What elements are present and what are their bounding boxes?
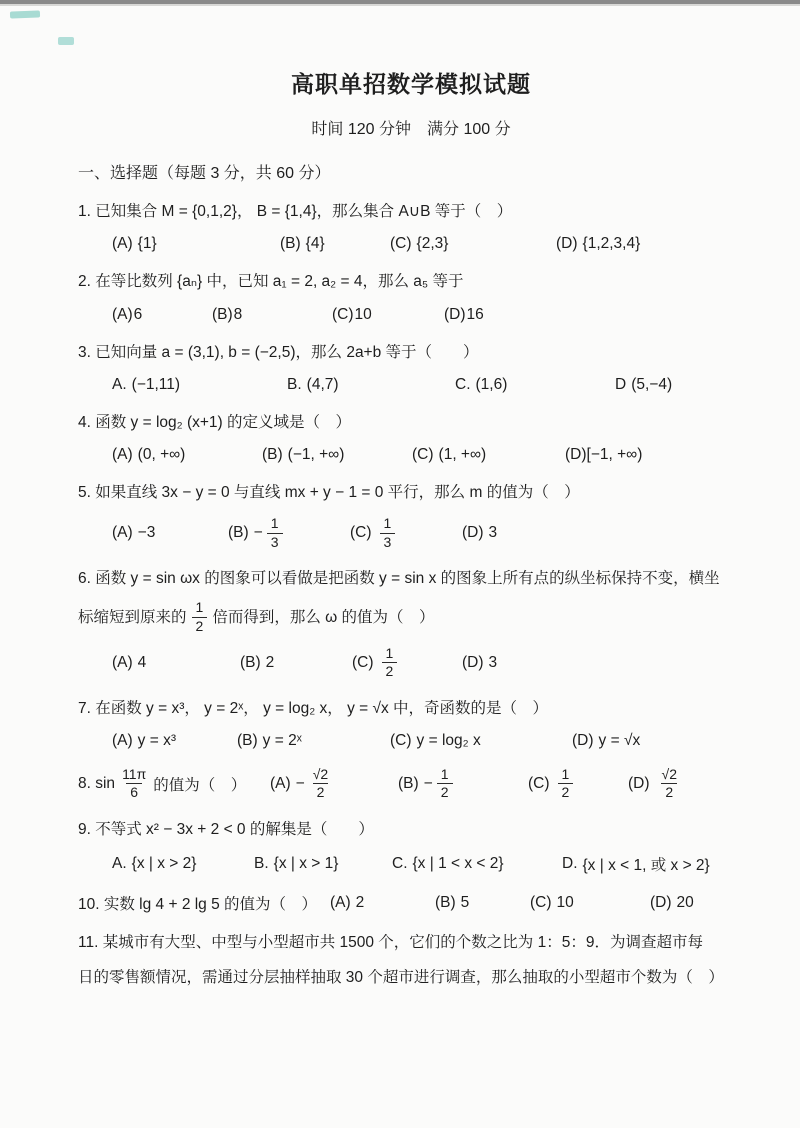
option-value: 10 — [355, 306, 372, 324]
question-6-stem-line1: 6. 函数 y = sin ωx 的图象可以看做是把函数 y = sin x 的… — [78, 567, 744, 590]
option-value: (1, +∞) — [439, 446, 487, 464]
question-3-option-c: C.(1,6) — [455, 376, 615, 394]
question-7-option-c: (C)y = log₂ x — [390, 732, 572, 750]
option-label: (D) — [572, 732, 594, 750]
question-10: 10. 实数 lg 4 + 2 lg 5 的值为（ ） (A)2 (B)5 (C… — [78, 892, 744, 914]
fraction: 13 — [380, 516, 396, 550]
question-5-option-b: (B)−13 — [228, 516, 350, 550]
option-label: (A) — [112, 732, 133, 750]
question-2-option-d: (D)16 — [444, 306, 484, 324]
question-9-stem: 9. 不等式 x² − 3x + 2 < 0 的解集是（ ） — [78, 818, 744, 841]
question-9-option-b: B.{x | x > 1} — [254, 855, 392, 873]
question-10-option-a: (A)2 — [330, 894, 435, 912]
fraction: 11π6 — [118, 767, 150, 801]
option-value: (−1, +∞) — [288, 446, 345, 464]
option-label: D — [615, 376, 626, 394]
question-3-option-b: B.(4,7) — [287, 376, 455, 394]
question-6-option-a: (A)4 — [112, 654, 240, 672]
option-value: {2,3} — [417, 235, 449, 253]
page-title: 高职单招数学模拟试题 — [78, 66, 744, 99]
option-label: (A) — [112, 235, 133, 253]
option-value: y = x³ — [138, 732, 176, 750]
question-10-option-b: (B)5 — [435, 894, 530, 912]
question-5-stem: 5. 如果直线 3x − y = 0 与直线 mx + y − 1 = 0 平行… — [78, 481, 744, 504]
question-11-stem-line1: 11. 某城市有大型、中型与小型超市共 1500 个，它们的个数之比为 1：5：… — [78, 931, 744, 954]
option-label: (B) — [240, 654, 261, 672]
question-3-stem: 3. 已知向量 a = (3,1), b = (−2,5)，那么 2a+b 等于… — [78, 341, 744, 364]
option-value: (4,7) — [307, 376, 339, 394]
option-value: 4 — [138, 654, 147, 672]
option-label: (D) — [628, 775, 650, 793]
stem-text: 的值为（ ） — [153, 773, 246, 795]
option-value: 10 — [557, 894, 574, 912]
option-label: (C) — [530, 894, 552, 912]
exam-time-score: 时间 120 分钟 满分 100 分 — [78, 116, 744, 139]
option-value: 3 — [489, 654, 498, 672]
option-value: (−1,11) — [132, 376, 180, 394]
option-label: (B) — [435, 894, 456, 912]
stem-text: 标缩短到原来的 — [78, 606, 187, 629]
question-7-option-b: (B)y = 2ˣ — [237, 732, 390, 750]
section-heading: 一、选择题（每题 3 分，共 60 分） — [78, 160, 744, 183]
question-6-options: (A)4 (B)2 (C)12 (D)3 — [78, 646, 744, 680]
question-4-option-d: (D)[−1, +∞) — [565, 446, 642, 464]
stem-text: 8. sin — [78, 775, 115, 793]
minus-sign: − — [296, 775, 305, 793]
question-1-stem: 1. 已知集合 M = {0,1,2}， B = {1,4}，那么集合 A∪B … — [78, 200, 744, 223]
option-label: (D) — [444, 306, 466, 324]
option-label: (D) — [650, 894, 672, 912]
option-value: 6 — [134, 306, 143, 324]
option-value: {1,2,3,4} — [583, 235, 641, 253]
question-9-option-c: C.{x | 1 < x < 2} — [392, 855, 562, 873]
question-4: 4. 函数 y = log₂ (x+1) 的定义域是（ ） (A)(0, +∞)… — [78, 411, 744, 464]
question-1-option-c: (C){2,3} — [390, 235, 556, 253]
fraction: √22 — [309, 767, 332, 801]
question-6-option-c: (C)12 — [352, 646, 462, 680]
watermark-teal-mark-small-icon — [58, 37, 74, 45]
question-6-stem-line2: 标缩短到原来的 12 倍而得到，那么 ω 的值为（ ） — [78, 600, 744, 634]
scan-edge-top-shadow — [0, 4, 800, 6]
option-value: 13 — [377, 516, 399, 550]
question-6-option-b: (B)2 — [240, 654, 352, 672]
question-2-option-a: (A)6 — [112, 306, 212, 324]
fraction: √22 — [658, 767, 681, 801]
option-value: −13 — [254, 516, 286, 550]
option-label: (A) — [112, 306, 133, 324]
option-label: (B) — [228, 524, 249, 542]
question-3-options: A.(−1,11) B.(4,7) C.(1,6) D(5,−4) — [78, 376, 744, 394]
option-value: −√22 — [296, 767, 336, 801]
question-2-stem: 2. 在等比数列 {aₙ} 中，已知 a₁ = 2, a₂ = 4，那么 a₅ … — [78, 270, 744, 293]
question-4-option-b: (B)(−1, +∞) — [262, 446, 412, 464]
option-value: (0, +∞) — [138, 446, 186, 464]
question-4-stem: 4. 函数 y = log₂ (x+1) 的定义域是（ ） — [78, 411, 744, 434]
question-8-option-a: (A)−√22 — [270, 767, 398, 801]
question-3: 3. 已知向量 a = (3,1), b = (−2,5)，那么 2a+b 等于… — [78, 341, 744, 394]
option-value: 12 — [555, 767, 577, 801]
question-9: 9. 不等式 x² − 3x + 2 < 0 的解集是（ ） A.{x | x … — [78, 818, 744, 875]
option-label: (C) — [352, 654, 374, 672]
question-5: 5. 如果直线 3x − y = 0 与直线 mx + y − 1 = 0 平行… — [78, 481, 744, 550]
minus-sign: − — [424, 775, 433, 793]
question-8-option-b: (B)−12 — [398, 767, 528, 801]
option-value: (1,6) — [476, 376, 508, 394]
option-value: 12 — [379, 646, 401, 680]
option-label: (C) — [412, 446, 434, 464]
question-4-option-a: (A)(0, +∞) — [112, 446, 262, 464]
option-label: (C) — [528, 775, 550, 793]
question-3-option-a: A.(−1,11) — [112, 376, 287, 394]
watermark-teal-mark-icon — [10, 10, 40, 18]
option-label: A. — [112, 855, 127, 873]
question-10-option-d: (D)20 — [650, 894, 694, 912]
question-1: 1. 已知集合 M = {0,1,2}， B = {1,4}，那么集合 A∪B … — [78, 200, 744, 253]
option-value: √22 — [655, 767, 684, 801]
fraction: 12 — [558, 767, 574, 801]
option-value: y = log₂ x — [417, 732, 481, 750]
question-9-options: A.{x | x > 2} B.{x | x > 1} C.{x | 1 < x… — [78, 853, 744, 875]
option-label: B. — [254, 855, 269, 873]
question-11: 11. 某城市有大型、中型与小型超市共 1500 个，它们的个数之比为 1：5：… — [78, 931, 744, 990]
option-label: (D) — [462, 654, 484, 672]
option-label: (C) — [350, 524, 372, 542]
question-5-option-d: (D)3 — [462, 524, 497, 542]
option-value: y = √x — [599, 732, 641, 750]
option-label: (C) — [390, 732, 412, 750]
option-label: B. — [287, 376, 302, 394]
question-6-option-d: (D)3 — [462, 654, 497, 672]
option-label: (B) — [398, 775, 419, 793]
fraction: 12 — [192, 600, 208, 634]
question-4-option-c: (C)(1, +∞) — [412, 446, 565, 464]
question-9-option-a: A.{x | x > 2} — [112, 855, 254, 873]
option-label: (A) — [112, 524, 133, 542]
question-8: 8. sin 11π6 的值为（ ） (A)−√22 (B)−12 (C)12 … — [78, 767, 744, 801]
question-2-option-b: (B)8 — [212, 306, 332, 324]
option-label: (C) — [332, 306, 354, 324]
option-value: 16 — [467, 306, 484, 324]
option-value: {x | 1 < x < 2} — [413, 855, 504, 873]
option-label: C. — [455, 376, 471, 394]
option-value: {x | x < 1, 或 x > 2} — [583, 853, 710, 875]
question-3-option-d: D(5,−4) — [615, 376, 672, 394]
option-value: 2 — [356, 894, 365, 912]
question-8-option-c: (C)12 — [528, 767, 628, 801]
question-7-stem: 7. 在函数 y = x³， y = 2ˣ， y = log₂ x， y = √… — [78, 697, 744, 720]
option-value: (5,−4) — [631, 376, 672, 394]
option-label: (D) — [462, 524, 484, 542]
stem-text: 倍而得到，那么 ω 的值为（ ） — [212, 606, 434, 629]
question-7-options: (A)y = x³ (B)y = 2ˣ (C)y = log₂ x (D)y =… — [78, 732, 744, 750]
question-1-option-b: (B){4} — [280, 235, 390, 253]
option-value: [−1, +∞) — [587, 446, 643, 464]
fraction: 12 — [382, 646, 398, 680]
question-7: 7. 在函数 y = x³， y = 2ˣ， y = log₂ x， y = √… — [78, 697, 744, 750]
question-5-options: (A)−3 (B)−13 (C)13 (D)3 — [78, 516, 744, 550]
option-value: 8 — [234, 306, 243, 324]
question-6: 6. 函数 y = sin ωx 的图象可以看做是把函数 y = sin x 的… — [78, 567, 744, 680]
option-label: C. — [392, 855, 408, 873]
option-label: (B) — [212, 306, 233, 324]
option-label: A. — [112, 376, 127, 394]
fraction: 12 — [437, 767, 453, 801]
question-7-option-d: (D)y = √x — [572, 732, 640, 750]
option-label: (D) — [565, 446, 587, 464]
exam-paper: 高职单招数学模拟试题 时间 120 分钟 满分 100 分 一、选择题（每题 3… — [78, 66, 744, 990]
option-value: {x | x > 1} — [274, 855, 339, 873]
option-label: (A) — [112, 654, 133, 672]
question-10-stem: 10. 实数 lg 4 + 2 lg 5 的值为（ ） — [78, 892, 330, 914]
option-value: {1} — [138, 235, 157, 253]
option-label: D. — [562, 855, 578, 873]
question-10-option-c: (C)10 — [530, 894, 650, 912]
option-value: {x | x > 2} — [132, 855, 197, 873]
question-1-option-d: (D){1,2,3,4} — [556, 235, 640, 253]
question-1-options: (A){1} (B){4} (C){2,3} (D){1,2,3,4} — [78, 235, 744, 253]
question-1-option-a: (A){1} — [112, 235, 280, 253]
question-5-option-c: (C)13 — [350, 516, 462, 550]
option-value: 5 — [461, 894, 470, 912]
question-8-option-d: (D)√22 — [628, 767, 684, 801]
option-value: 2 — [266, 654, 275, 672]
question-2-option-c: (C)10 — [332, 306, 444, 324]
option-label: (B) — [237, 732, 258, 750]
option-label: (A) — [330, 894, 351, 912]
question-5-option-a: (A)−3 — [112, 524, 228, 542]
question-2-options: (A)6 (B)8 (C)10 (D)16 — [78, 306, 744, 324]
question-2: 2. 在等比数列 {aₙ} 中，已知 a₁ = 2, a₂ = 4，那么 a₅ … — [78, 270, 744, 323]
minus-sign: − — [254, 524, 263, 542]
option-value: {4} — [306, 235, 325, 253]
option-label: (C) — [390, 235, 412, 253]
option-value: y = 2ˣ — [263, 732, 302, 750]
option-label: (A) — [112, 446, 133, 464]
option-label: (B) — [280, 235, 301, 253]
question-7-option-a: (A)y = x³ — [112, 732, 237, 750]
question-11-stem-line2: 日的零售额情况，需通过分层抽样抽取 30 个超市进行调查，那么抽取的小型超市个数… — [78, 966, 744, 989]
fraction: 13 — [267, 516, 283, 550]
question-9-option-d: D.{x | x < 1, 或 x > 2} — [562, 853, 710, 875]
option-value: 20 — [677, 894, 694, 912]
question-8-stem: 8. sin 11π6 的值为（ ） — [78, 767, 270, 801]
option-value: −12 — [424, 767, 456, 801]
option-label: (B) — [262, 446, 283, 464]
option-label: (D) — [556, 235, 578, 253]
option-value: −3 — [138, 524, 156, 542]
question-4-options: (A)(0, +∞) (B)(−1, +∞) (C)(1, +∞) (D)[−1… — [78, 446, 744, 464]
option-label: (A) — [270, 775, 291, 793]
option-value: 3 — [489, 524, 498, 542]
